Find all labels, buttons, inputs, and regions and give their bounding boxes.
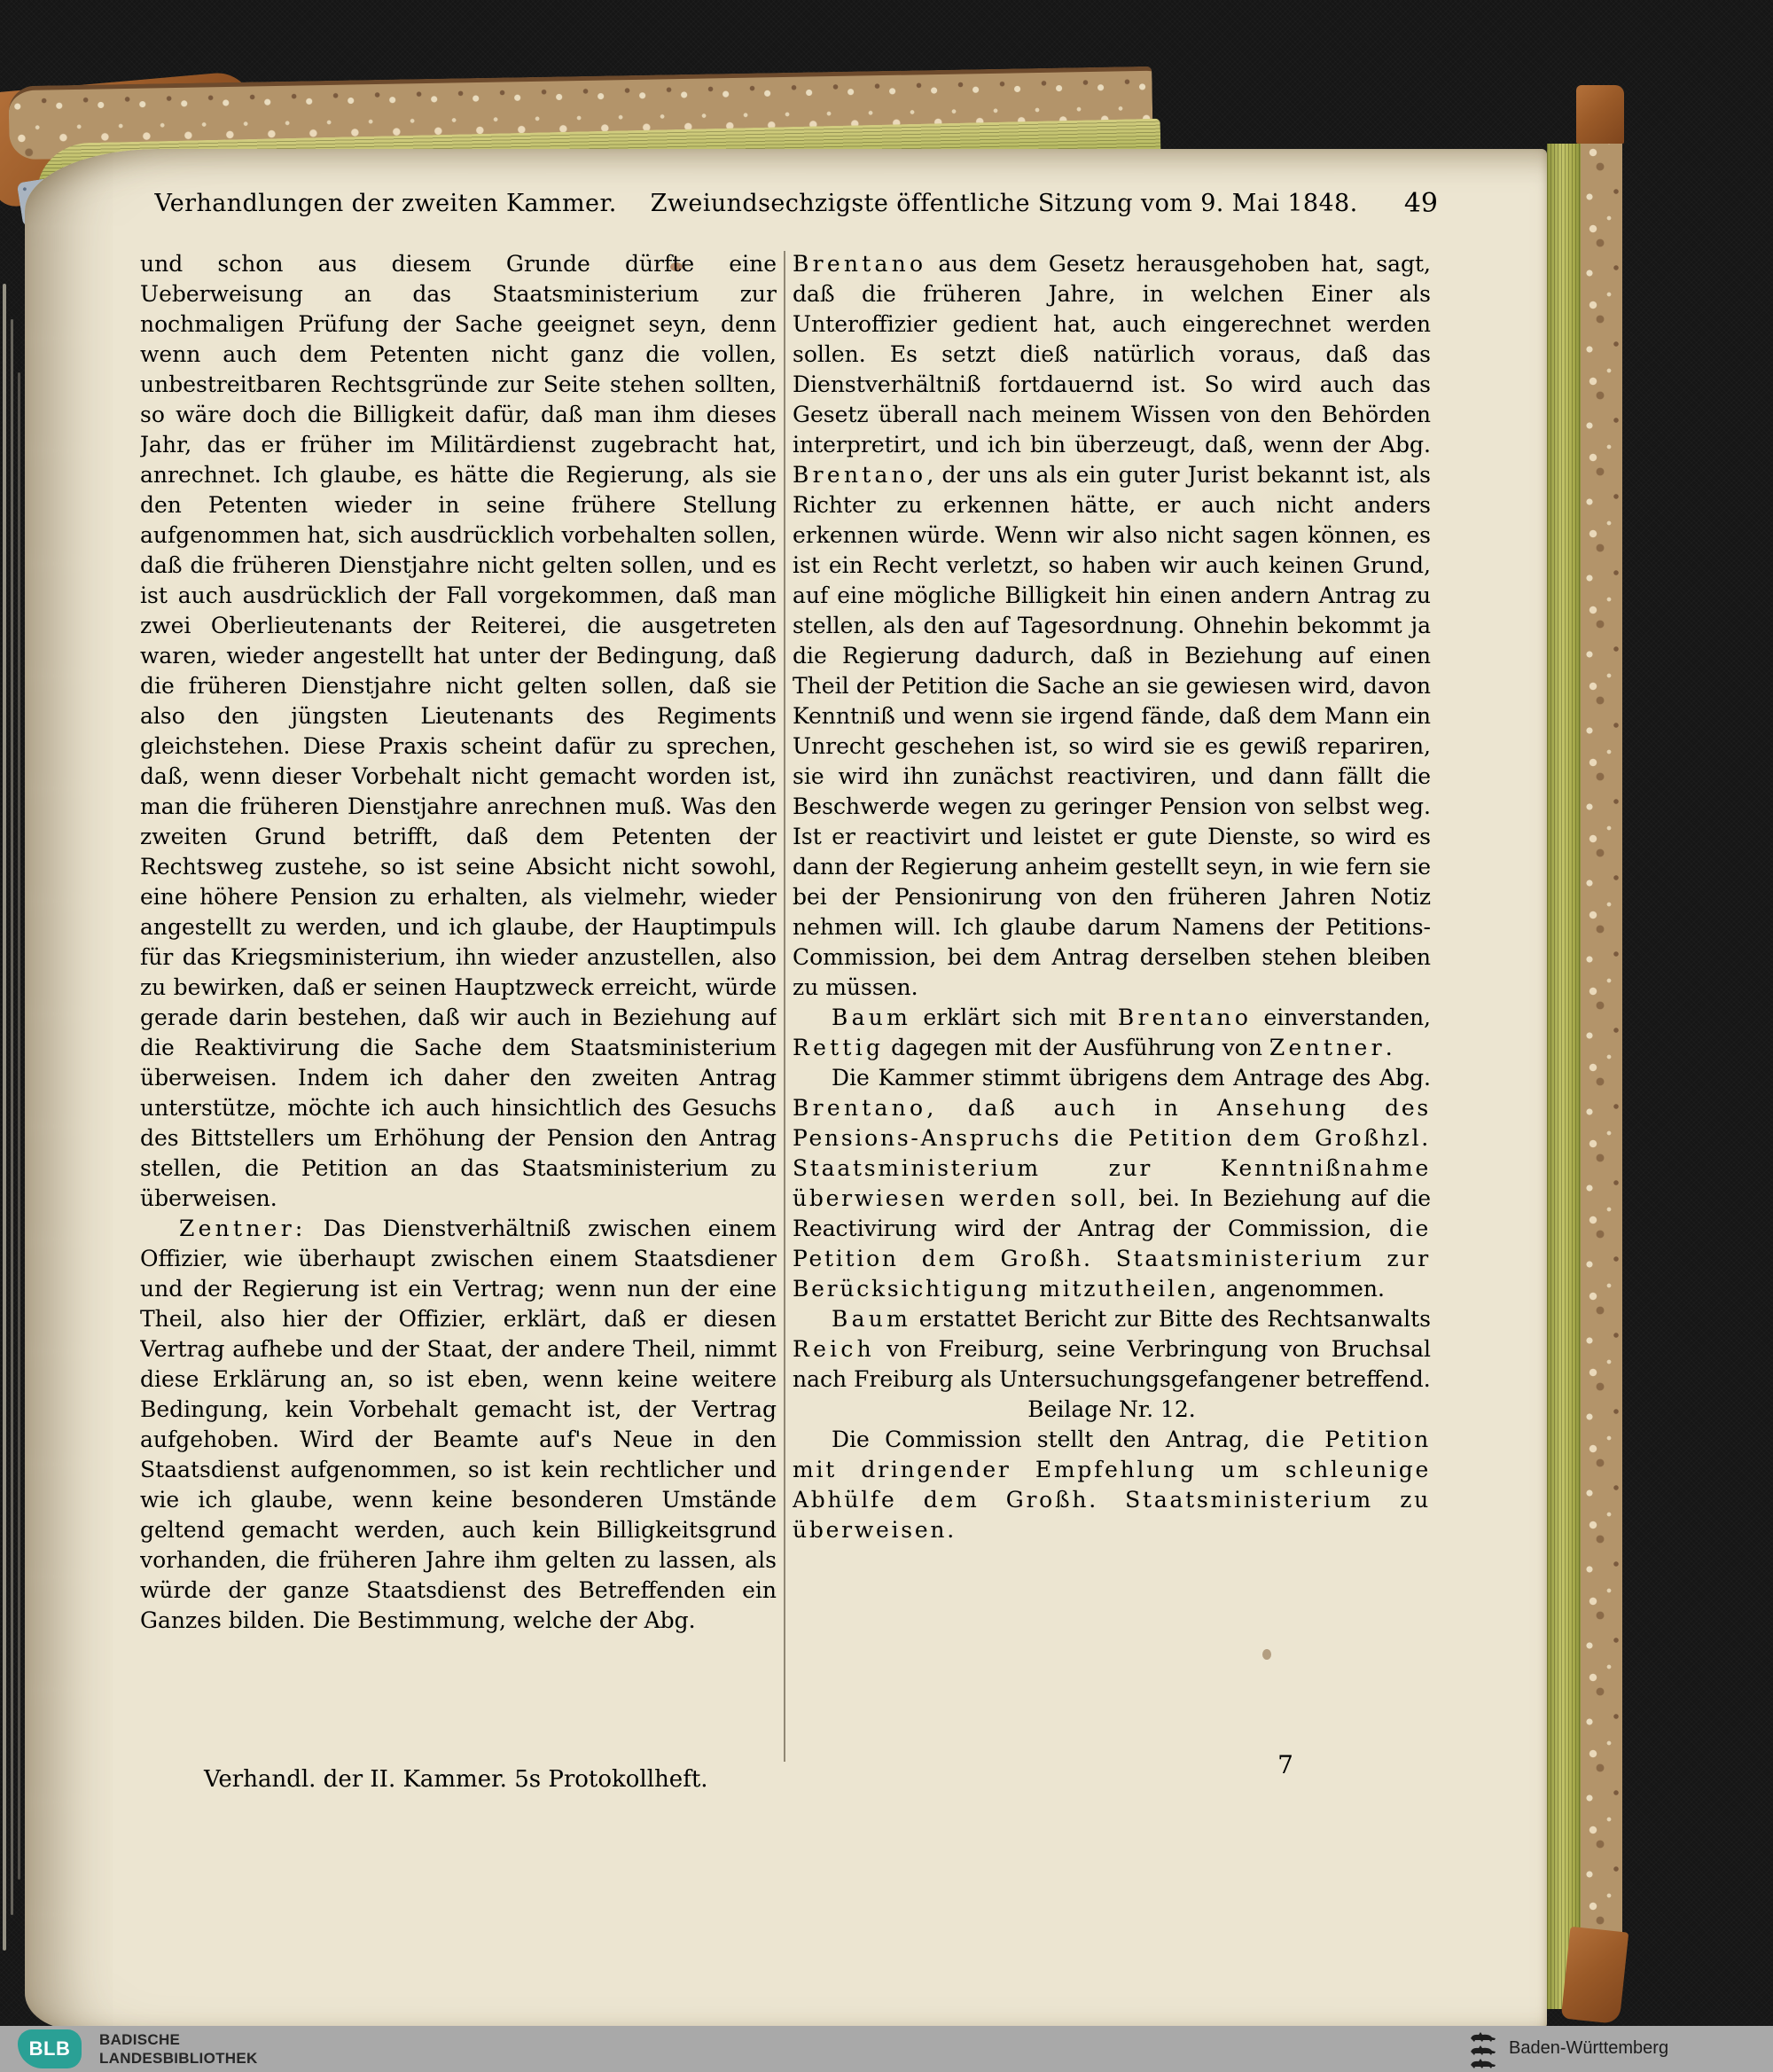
gutter-page-sliver (3, 284, 6, 1951)
baden-wuerttemberg-lions-icon (1467, 2029, 1503, 2068)
marbled-board-edge-right (1581, 105, 1622, 1982)
running-head-left: Verhandlungen der zweiten Kammer. (154, 190, 616, 217)
running-head-right: Zweiundsechzigste öffentliche Sitzung vo… (651, 190, 1358, 217)
running-head: Verhandlungen der zweiten Kammer.Zweiund… (140, 190, 1372, 217)
text-column-right: Brentano aus dem Gesetz herausgehoben ha… (793, 249, 1431, 1771)
signature-mark: 7 (1259, 1750, 1312, 1779)
library-name-line1: BADISCHE (99, 2030, 258, 2049)
leather-corner-top-right (1576, 85, 1624, 144)
volume-footer-note: Verhandl. der II. Kammer. 5s Protokollhe… (204, 1766, 700, 1793)
column-divider-rule (784, 251, 785, 1762)
paragraph: Die Kammer stimmt übrigens dem Antrage d… (793, 1063, 1431, 1304)
blb-logo: BLB (18, 2029, 82, 2068)
paragraph: Zentner: Das Dienstverhältniß zwischen e… (140, 1214, 777, 1636)
library-name: BADISCHE LANDESBIBLIOTHEK (99, 2030, 258, 2068)
blb-logo-text: BLB (29, 2037, 71, 2060)
library-name-line2: LANDESBIBLIOTHEK (99, 2049, 258, 2068)
paragraph: Brentano aus dem Gesetz herausgehoben ha… (793, 249, 1431, 1003)
gutter-page-sliver (18, 372, 20, 1880)
paragraph: Baum erklärt sich mit Brentano einversta… (793, 1003, 1431, 1063)
gutter-page-sliver (11, 319, 13, 1915)
book-fore-edge (1547, 144, 1581, 2009)
digitized-book-viewer: Verhandlungen der zweiten Kammer.Zweiund… (0, 0, 1773, 2072)
paragraph: Die Commission stellt den Antrag, die Pe… (793, 1425, 1431, 1545)
state-name: Baden-Württemberg (1509, 2038, 1668, 2059)
leather-corner-bottom-right (1561, 1927, 1629, 2024)
paragraph: und schon aus diesem Grunde dürfte eine … (140, 249, 777, 1214)
page-number: 49 (1376, 188, 1438, 219)
text-column-left: und schon aus diesem Grunde dürfte eine … (140, 249, 777, 1746)
library-footer-bar: BLB BADISCHE LANDESBIBLIOTHEK Baden-Würt… (0, 2026, 1773, 2072)
paragraph: Baum erstattet Bericht zur Bitte des Rec… (793, 1304, 1431, 1395)
paragraph: Beilage Nr. 12. (793, 1395, 1431, 1425)
